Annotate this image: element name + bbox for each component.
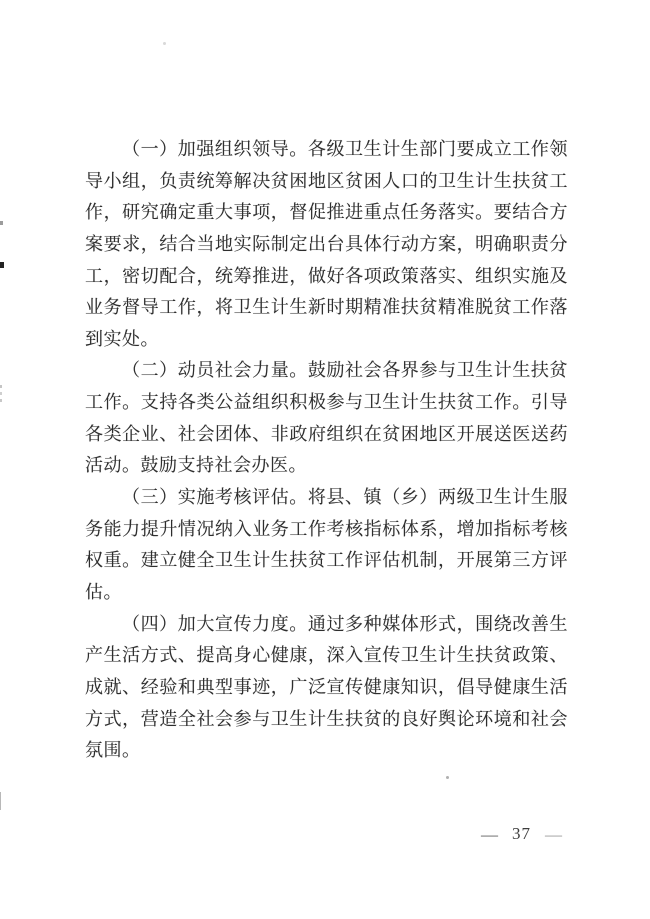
text-line: 各类企业、社会团体、非政府组织在贫困地区开展送医送药 — [85, 419, 568, 451]
text-line: 成就、经验和典型事迹，广泛宣传健康知识，倡导健康生活 — [85, 672, 568, 704]
paragraph-3-assessment-evaluation: （三）实施考核评估。将县、镇（乡）两级卫生计生服 务能力提升情况纳入业务工作考核… — [85, 482, 568, 609]
text-line: 到实处。 — [85, 324, 568, 356]
scanned-document-page: （一）加强组织领导。各级卫生计生部门要成立工作领 导小组，负责统筹解决贫困地区贫… — [0, 0, 650, 919]
text-line: 活动。鼓励支持社会办医。 — [85, 450, 568, 482]
text-line: （四）加大宣传力度。通过多种媒体形式，围绕改善生 — [85, 609, 568, 641]
scan-edge-mark — [0, 792, 1, 810]
page-number: — 37 — — [481, 824, 562, 844]
page-number-dash-left: — — [481, 826, 498, 843]
text-line: 工，密切配合，统筹推进，做好各项政策落实、组织实施及 — [85, 261, 568, 293]
scan-speck — [163, 42, 166, 45]
text-line: 估。 — [85, 577, 568, 609]
document-body: （一）加强组织领导。各级卫生计生部门要成立工作领 导小组，负责统筹解决贫困地区贫… — [85, 134, 568, 767]
text-line: 业务督导工作，将卫生计生新时期精准扶贫精准脱贫工作落 — [85, 292, 568, 324]
text-line: 导小组，负责统筹解决贫困地区贫困人口的卫生计生扶贫工 — [85, 166, 568, 198]
text-line: 案要求，结合当地实际制定出台具体行动方案，明确职责分 — [85, 229, 568, 261]
scan-speck — [446, 776, 449, 779]
text-line: （二）动员社会力量。鼓励社会各界参与卫生计生扶贫 — [85, 355, 568, 387]
paragraph-1-strengthen-leadership: （一）加强组织领导。各级卫生计生部门要成立工作领 导小组，负责统筹解决贫困地区贫… — [85, 134, 568, 355]
text-line: （三）实施考核评估。将县、镇（乡）两级卫生计生服 — [85, 482, 568, 514]
text-line: 权重。建立健全卫生计生扶贫工作评估机制，开展第三方评 — [85, 545, 568, 577]
text-line: 作，研究确定重大事项，督促推进重点任务落实。要结合方 — [85, 197, 568, 229]
text-line: 方式，营造全社会参与卫生计生扶贫的良好舆论环境和社会 — [85, 704, 568, 736]
page-number-dash-right: — — [545, 826, 562, 843]
text-line: 氛围。 — [85, 735, 568, 767]
scan-edge-mark — [0, 399, 2, 402]
text-line: 务能力提升情况纳入业务工作考核指标体系，增加指标考核 — [85, 514, 568, 546]
scan-edge-mark — [0, 392, 2, 395]
text-line: 工作。支持各类公益组织积极参与卫生计生扶贫工作。引导 — [85, 387, 568, 419]
text-line: （一）加强组织领导。各级卫生计生部门要成立工作领 — [85, 134, 568, 166]
text-line: 产生活方式、提高身心健康，深入宣传卫生计生扶贫政策、 — [85, 640, 568, 672]
paragraph-2-mobilize-social-forces: （二）动员社会力量。鼓励社会各界参与卫生计生扶贫 工作。支持各类公益组织积极参与… — [85, 355, 568, 482]
page-number-value: 37 — [512, 824, 531, 844]
scan-edge-mark — [0, 262, 4, 268]
scan-edge-mark — [0, 221, 3, 225]
scan-edge-mark — [0, 385, 2, 388]
paragraph-4-publicity: （四）加大宣传力度。通过多种媒体形式，围绕改善生 产生活方式、提高身心健康，深入… — [85, 609, 568, 767]
